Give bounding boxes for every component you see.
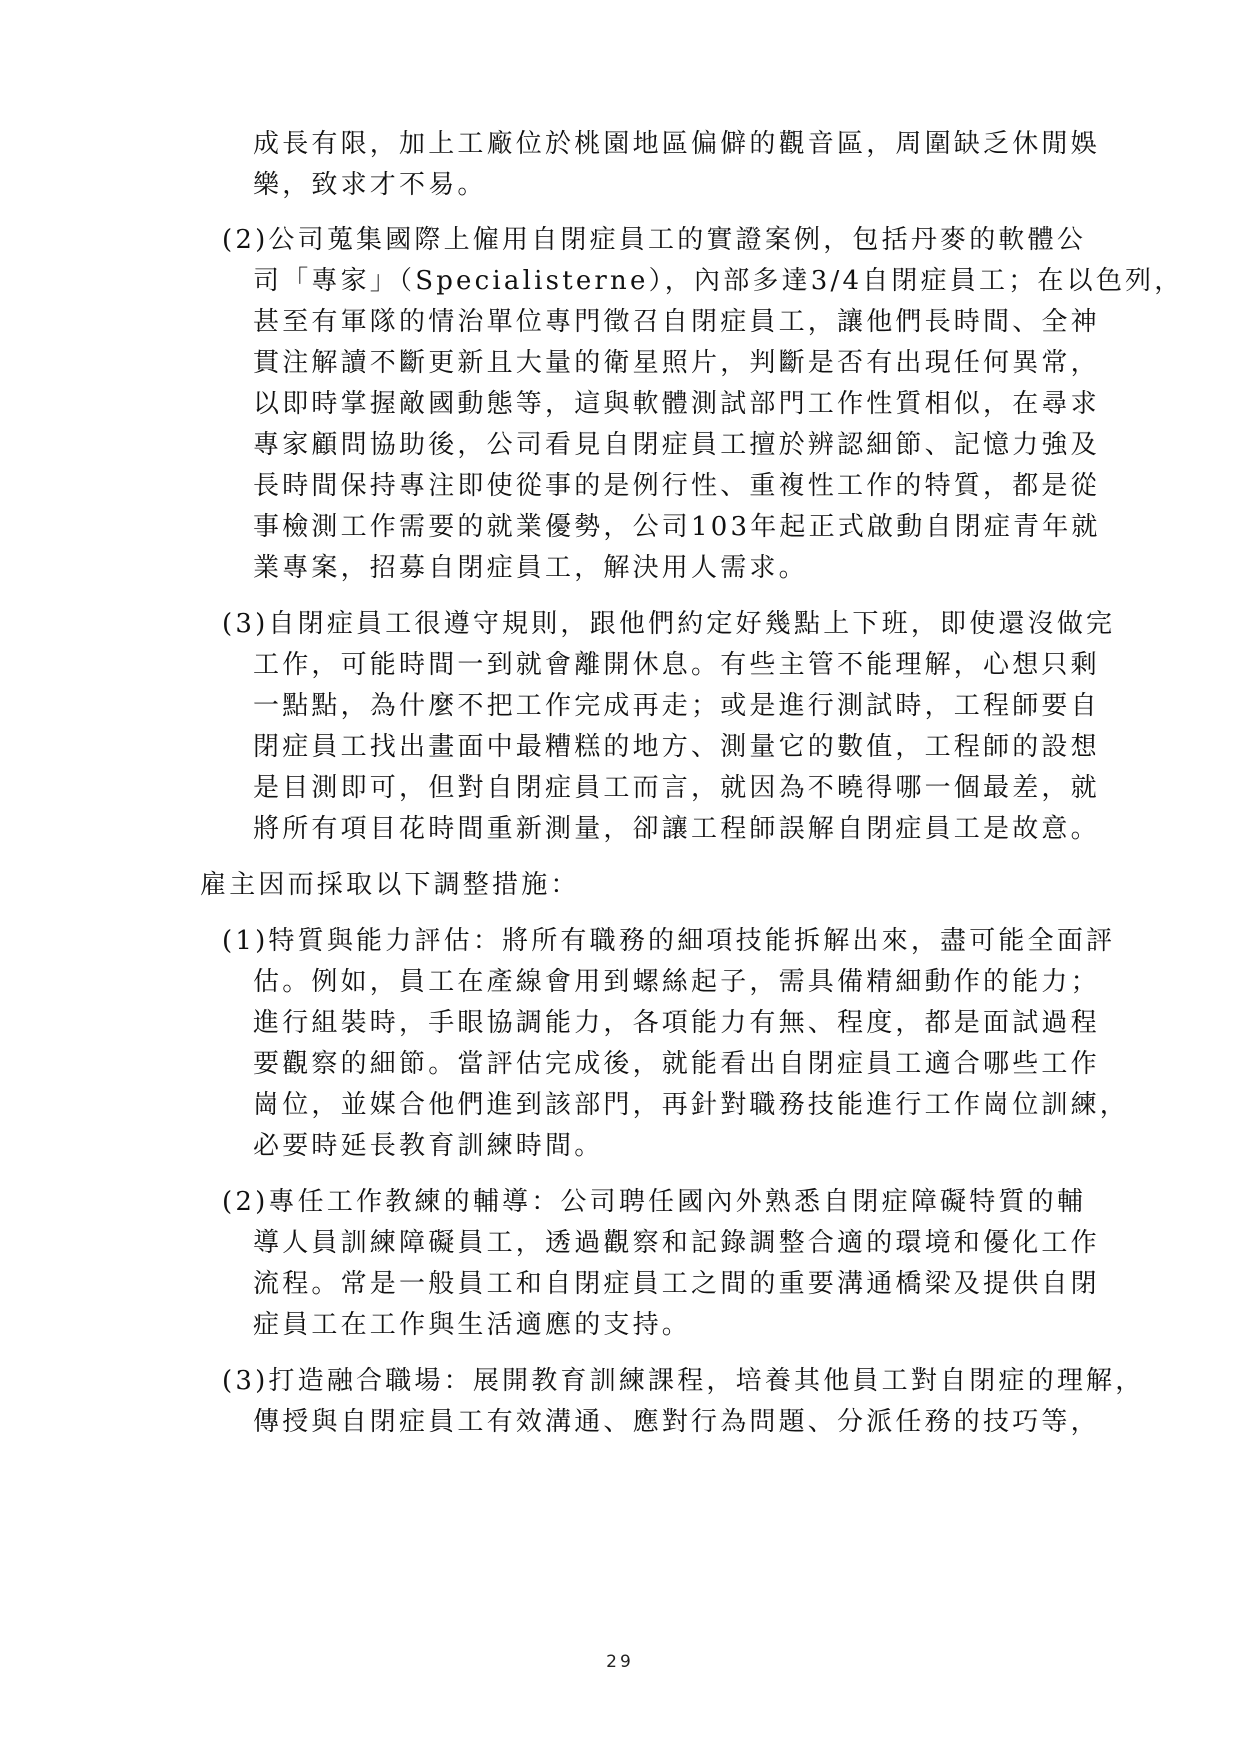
paragraph-line: 一點點，為什麼不把工作完成再走；或是進行測試時，工程師要自: [253, 691, 1100, 721]
paragraph-line: 症員工在工作與生活適應的支持。: [253, 1310, 691, 1340]
paragraph-line: 成長有限，加上工廠位於桃園地區偏僻的觀音區，周圍缺乏休閒娛: [253, 129, 1100, 159]
paragraph-line: 司「專家」（Specialisterne），內部多達3/4自閉症員工；在以色列，: [253, 266, 1183, 296]
paragraph-line: 是目測即可，但對自閉症員工而言，就因為不曉得哪一個最差，就: [253, 773, 1100, 803]
measures-heading: 雇主因而採取以下調整措施：: [200, 870, 580, 900]
paragraph-line: 業專案，招募自閉症員工，解決用人需求。: [253, 553, 808, 583]
paragraph-line: 長時間保持專注即使從事的是例行性、重複性工作的特質，都是從: [253, 471, 1100, 501]
list-item-first-line: (2)專任工作教練的輔導：公司聘任國內外熟悉自閉症障礙特質的輔: [222, 1187, 1086, 1217]
paragraph-line: 閉症員工找出畫面中最糟糕的地方、測量它的數值，工程師的設想: [253, 732, 1100, 762]
paragraph-line: 必要時延長教育訓練時間。: [253, 1131, 603, 1161]
paragraph-line: 要觀察的細節。當評估完成後，就能看出自閉症員工適合哪些工作: [253, 1049, 1100, 1079]
paragraph-line: 以即時掌握敵國動態等，這與軟體測試部門工作性質相似，在尋求: [253, 389, 1100, 419]
paragraph-line: 事檢測工作需要的就業優勢，公司103年起正式啟動自閉症青年就: [253, 512, 1101, 542]
paragraph-line: 導人員訓練障礙員工，透過觀察和記錄調整合適的環境和優化工作: [253, 1228, 1100, 1258]
paragraph-line: 工作，可能時間一到就會離開休息。有些主管不能理解，心想只剩: [253, 650, 1100, 680]
list-item-first-line: (3)自閉症員工很遵守規則，跟他們約定好幾點上下班，即使還沒做完: [222, 609, 1115, 639]
paragraph-line: 進行組裝時，手眼協調能力，各項能力有無、程度，都是面試過程: [253, 1008, 1100, 1038]
document-page: 成長有限，加上工廠位於桃園地區偏僻的觀音區，周圍缺乏休閒娛 樂，致求才不易。 (…: [0, 0, 1240, 1755]
paragraph-line: 專家顧問協助後，公司看見自閉症員工擅於辨認細節、記憶力強及: [253, 430, 1100, 460]
paragraph-line: 崗位，並媒合他們進到該部門，再針對職務技能進行工作崗位訓練，: [253, 1090, 1129, 1120]
paragraph-line: 估。例如，員工在產線會用到螺絲起子，需具備精細動作的能力；: [253, 967, 1100, 997]
paragraph-line: 傳授與自閉症員工有效溝通、應對行為問題、分派任務的技巧等，: [253, 1407, 1100, 1437]
paragraph-line: 流程。常是一般員工和自閉症員工之間的重要溝通橋梁及提供自閉: [253, 1269, 1100, 1299]
paragraph-line: 貫注解讀不斷更新且大量的衛星照片，判斷是否有出現任何異常，: [253, 348, 1100, 378]
list-item-first-line: (1)特質與能力評估：將所有職務的細項技能拆解出來，盡可能全面評: [222, 926, 1115, 956]
paragraph-line: 樂，致求才不易。: [253, 170, 487, 200]
paragraph-line: 甚至有軍隊的情治單位專門徵召自閉症員工，讓他們長時間、全神: [253, 307, 1100, 337]
paragraph-line: 將所有項目花時間重新測量，卻讓工程師誤解自閉症員工是故意。: [253, 814, 1100, 844]
page-number: 29: [0, 1652, 1240, 1672]
list-item-first-line: (2)公司蒐集國際上僱用自閉症員工的實證案例，包括丹麥的軟體公: [222, 225, 1086, 255]
list-item-first-line: (3)打造融合職場：展開教育訓練課程，培養其他員工對自閉症的理解，: [222, 1366, 1144, 1396]
